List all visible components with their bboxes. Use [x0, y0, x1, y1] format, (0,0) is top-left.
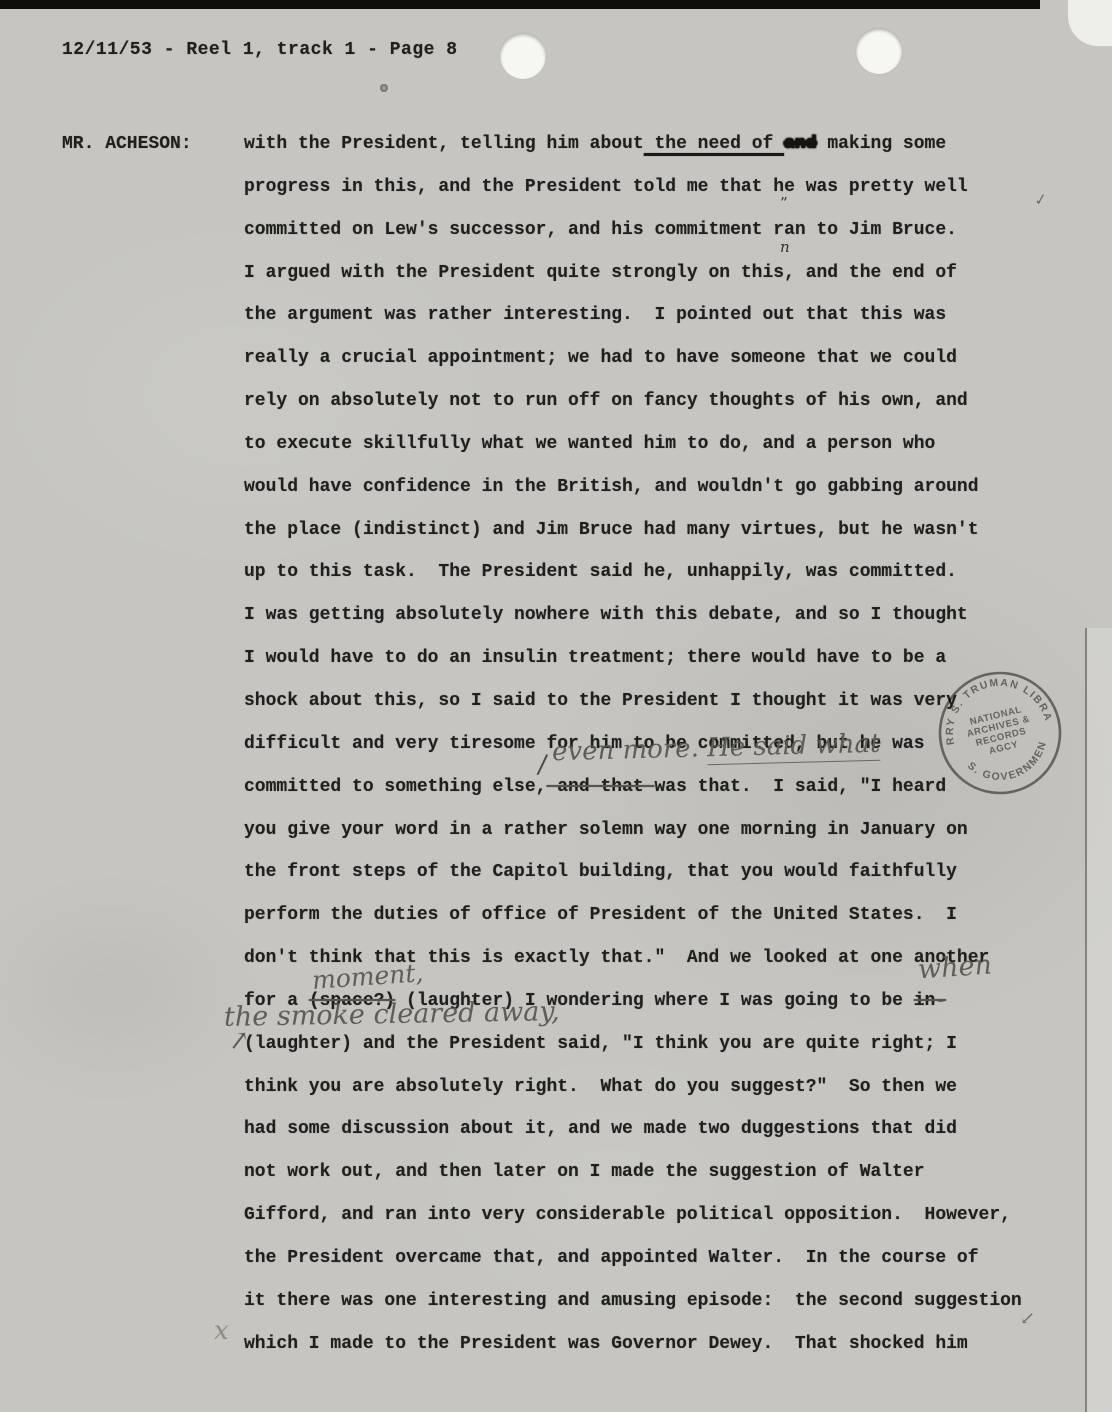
transcript-line: rely on absolutely not to run off on fan… — [244, 380, 1044, 423]
transcript-line: the argument was rather interesting. I p… — [244, 294, 1044, 337]
typed-text: had some discussion about it, and we mad… — [244, 1119, 957, 1139]
scanner-edge-strip — [0, 0, 1040, 9]
margin-x-mark: x — [214, 1316, 229, 1346]
typed-text: to execute skillfully what we wanted him… — [244, 434, 935, 454]
transcript-line: which I made to the President was Govern… — [244, 1323, 1044, 1366]
scan-edge-light — [1087, 628, 1112, 1412]
scanned-document-page: 12/11/53 - Reel 1, track 1 - Page 8 MR. … — [0, 0, 1112, 1412]
transcript-line: the place (indistinct) and Jim Bruce had… — [244, 509, 1044, 552]
transcript-line: to execute skillfully what we wanted him… — [244, 423, 1044, 466]
typed-text: committed on Lew's successor, and his co… — [244, 220, 957, 240]
handwritten-text: even more. — [552, 733, 708, 767]
typed-text: the front steps of the Capitol building,… — [244, 862, 957, 882]
transcript-line: really a crucial appointment; we had to … — [244, 337, 1044, 380]
typed-text: (laughter) and the President said, "I th… — [244, 1034, 957, 1054]
handwritten-correction-when: when — [917, 949, 993, 985]
transcript-line: perform the duties of office of Presiden… — [244, 894, 1044, 937]
typed-text: shock about this, so I said to the Presi… — [244, 691, 957, 711]
transcript-line: progress in this, and the President told… — [244, 166, 1044, 209]
paper-speck — [380, 84, 388, 92]
blacked-out-text: and — [784, 134, 816, 154]
margin-check-mark: ↙ — [1020, 1308, 1035, 1329]
transcript-line: the President overcame that, and appoint… — [244, 1237, 1044, 1280]
handwritten-insertion-smoke: the smoke cleared away, — [224, 996, 560, 1033]
typed-text: up to this task. The President said he, … — [244, 562, 957, 582]
transcript-line: not work out, and then later on I made t… — [244, 1151, 1044, 1194]
typed-text: I argued with the President quite strong… — [244, 263, 957, 283]
transcript-line: I argued with the President quite strong… — [244, 252, 1044, 295]
typed-text: I was getting absolutely nowhere with th… — [244, 605, 968, 625]
transcript-line: committed on Lew's successor, and his co… — [244, 209, 1044, 252]
transcript-line: had some discussion about it, and we mad… — [244, 1108, 1044, 1151]
underlined-text: the need of — [644, 134, 784, 154]
transcript-line: it there was one interesting and amusing… — [244, 1280, 1044, 1323]
insertion-arrow-mark: ↗ — [226, 1025, 252, 1058]
typed-text: perform the duties of office of Presiden… — [244, 905, 957, 925]
typo-correction-mark: ” — [780, 194, 788, 212]
typed-text: the place (indistinct) and Jim Bruce had… — [244, 520, 979, 540]
typed-text: not work out, and then later on I made t… — [244, 1162, 925, 1182]
typed-text: which I made to the President was Govern… — [244, 1334, 968, 1354]
transcript-line: think you are absolutely right. What do … — [244, 1066, 1044, 1109]
typo-correction-letter: n — [780, 238, 790, 256]
typed-text: the President overcame that, and appoint… — [244, 1248, 979, 1268]
typed-text: making some — [817, 134, 947, 154]
typed-text: progress in this, and the President told… — [244, 177, 968, 197]
struck-text: and that — [546, 777, 654, 797]
page-header: 12/11/53 - Reel 1, track 1 - Page 8 — [62, 40, 458, 60]
transcript-line: up to this task. The President said he, … — [244, 551, 1044, 594]
typed-text: really a crucial appointment; we had to … — [244, 348, 957, 368]
typed-text: would have confidence in the British, an… — [244, 477, 979, 497]
transcript-line: I would have to do an insulin treatment;… — [244, 637, 1044, 680]
hole-punch — [500, 33, 546, 79]
speaker-label: MR. ACHESON: — [62, 123, 192, 166]
typed-text: the argument was rather interesting. I p… — [244, 305, 946, 325]
typed-text: it there was one interesting and amusing… — [244, 1291, 1022, 1311]
typed-text: was that. I said, "I heard — [654, 777, 946, 797]
typed-text: I would have to do an insulin treatment;… — [244, 648, 946, 668]
page-corner-highlight — [1068, 0, 1112, 46]
transcript-line: with the President, telling him about th… — [244, 123, 1044, 166]
transcript-line: you give your word in a rather solemn wa… — [244, 809, 1044, 852]
typed-text: you give your word in a rather solemn wa… — [244, 820, 968, 840]
hole-punch — [856, 28, 902, 74]
transcript-line: committed to something else, and that wa… — [244, 766, 1044, 809]
typed-text: with the President, telling him about — [244, 134, 644, 154]
margin-check-mark: ✓ — [1033, 189, 1049, 210]
struck-text: in- — [914, 991, 946, 1011]
typed-text: rely on absolutely not to run off on fan… — [244, 391, 968, 411]
transcript-line: I was getting absolutely nowhere with th… — [244, 594, 1044, 637]
transcript-line: the front steps of the Capitol building,… — [244, 851, 1044, 894]
typed-text: Gifford, and ran into very considerable … — [244, 1205, 1011, 1225]
typed-text: think you are absolutely right. What do … — [244, 1077, 957, 1097]
handwritten-text-underlined: He said what — [707, 729, 881, 766]
transcript-line: Gifford, and ran into very considerable … — [244, 1194, 1044, 1237]
typed-text: committed to something else, — [244, 777, 546, 797]
transcript-line: would have confidence in the British, an… — [244, 466, 1044, 509]
